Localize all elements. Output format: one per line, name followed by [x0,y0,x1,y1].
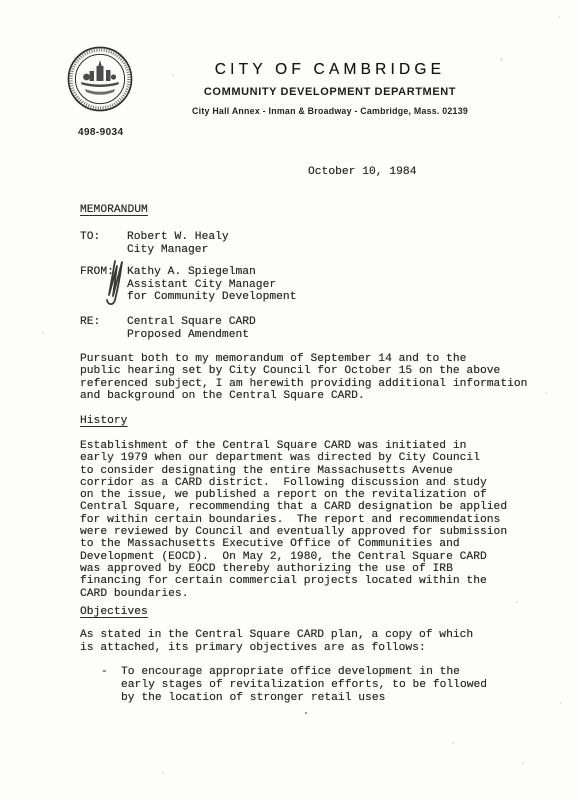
objectives-heading: Objectives [80,606,148,618]
bullet-line: early stages of revitalization efforts, … [121,679,487,692]
letterhead-organization: CITY OF CAMBRIDGE [180,61,480,79]
to-value-line: City Manager [127,244,229,257]
scan-speck [172,74,174,76]
scan-speck [545,392,547,394]
intro-line: Pursuant both to my memorandum of Septem… [80,353,527,365]
scan-speck [305,712,307,714]
scan-speck [162,772,164,774]
intro-line: referenced subject, I am herewith provid… [80,378,527,390]
bullet-line: To encourage appropriate office developm… [121,666,487,679]
history-line: was approved by EOCD thereby authorizing… [80,563,507,575]
from-value-line: Assistant City Manager [127,279,296,292]
letterhead-phone: 498-9034 [78,127,123,138]
history-line: were reviewed by Council and eventually … [80,526,507,538]
history-line: Establishment of the Central Square CARD… [80,440,507,452]
bullet-line: by the location of stronger retail uses [121,692,487,705]
to-label: TO: [80,231,100,243]
history-line: corridor as a CARD district. Following d… [80,477,507,489]
memo-heading: MEMORANDUM [80,204,148,216]
letterhead-department: COMMUNITY DEVELOPMENT DEPARTMENT [170,86,490,98]
history-line: Development (EOCD). On May 2, 1980, the … [80,551,507,563]
history-line: for within certain boundaries. The repor… [80,514,507,526]
intro-line: public hearing set by City Council for O… [80,365,527,377]
from-value-line: for Community Development [127,291,296,304]
to-value: Robert W. HealyCity Manager [127,231,229,256]
history-paragraph: Establishment of the Central Square CARD… [80,440,507,600]
signature-scrawl-icon [103,257,137,309]
objectives-intro-line: As stated in the Central Square CARD pla… [80,629,473,642]
history-line: early 1979 when our department was direc… [80,452,507,464]
objectives-intro-line: is attached, its primary objectives are … [80,642,473,655]
scan-speck [516,601,518,603]
memo-date: October 10, 1984 [308,166,416,178]
history-heading: History [80,415,127,427]
city-of-cambridge-seal-icon [65,44,135,114]
scan-speck [500,58,503,61]
letterhead-address: City Hall Annex - Inman & Broadway - Cam… [170,106,490,116]
re-value-line: Proposed Amendment [127,329,256,342]
scan-speck [42,332,44,334]
from-value: Kathy A. SpiegelmanAssistant City Manage… [127,266,296,304]
history-line: CARD boundaries. [80,588,507,600]
re-value: Central Square CARDProposed Amendment [127,316,256,341]
intro-line: and background on the Central Square CAR… [80,390,527,402]
history-line: financing for certain commercial project… [80,575,507,587]
scan-speck [522,762,524,764]
re-label: RE: [80,316,100,328]
history-line: to the Massachusetts Executive Office of… [80,538,507,550]
memo-document-page: CITY OF CAMBRIDGE COMMUNITY DEVELOPMENT … [0,0,579,800]
history-line: Central Square, recommending that a CARD… [80,501,507,513]
bullet-item: To encourage appropriate office developm… [121,666,487,705]
re-value-line: Central Square CARD [127,316,256,329]
history-line: to consider designating the entire Massa… [80,465,507,477]
bullet-dash: - [101,666,108,678]
scan-speck [560,702,562,704]
scan-speck [452,742,454,744]
objectives-intro: As stated in the Central Square CARD pla… [80,629,473,655]
from-value-line: Kathy A. Spiegelman [127,266,296,279]
to-value-line: Robert W. Healy [127,231,229,244]
scan-speck [558,16,560,18]
intro-paragraph: Pursuant both to my memorandum of Septem… [80,353,527,402]
history-line: on the issue, we published a report on t… [80,489,507,501]
